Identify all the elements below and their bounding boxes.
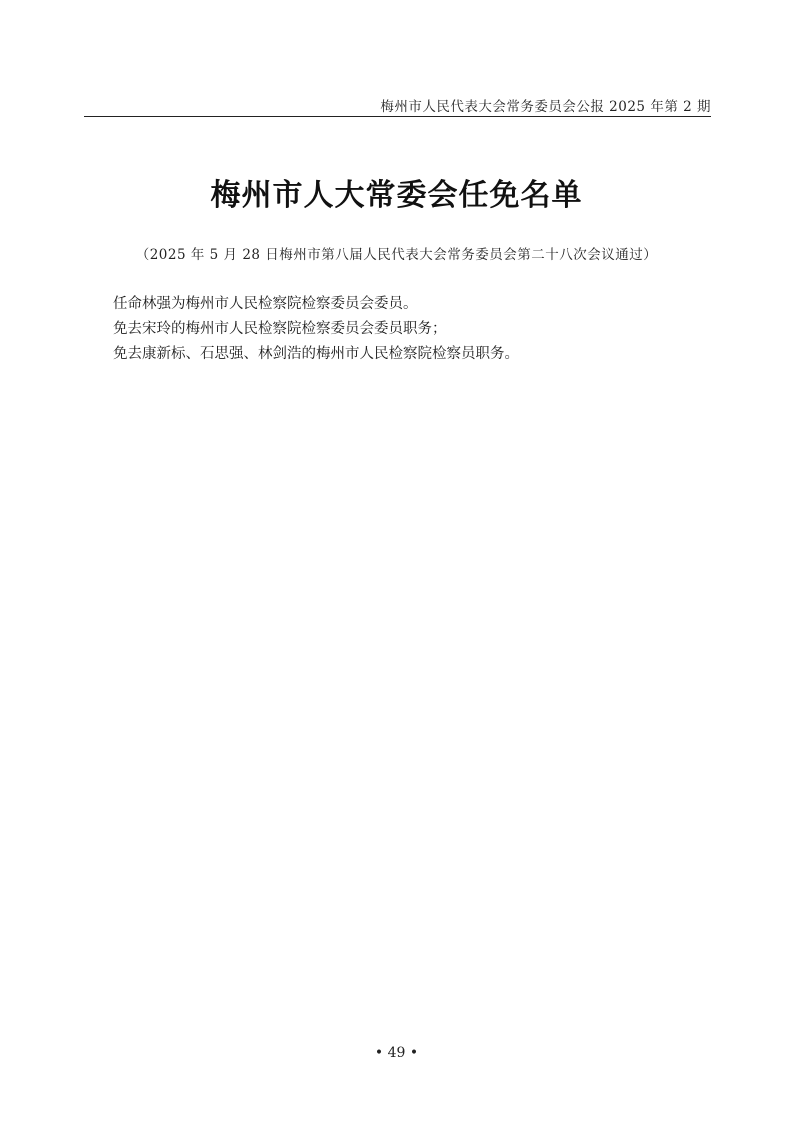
document-subtitle: （2025 年 5 月 28 日梅州市第八届人民代表大会常务委员会第二十八次会议…	[0, 243, 793, 263]
running-header: 梅州市人民代表大会常务委员会公报 2025 年第 2 期	[84, 95, 711, 115]
paragraph-appointment: 任命林强为梅州市人民检察院检察委员会委员。	[113, 292, 711, 317]
document-title: 梅州市人大常委会任免名单	[0, 170, 793, 214]
document-body: 任命林强为梅州市人民检察院检察委员会委员。 免去宋玲的梅州市人民检察院检察委员会…	[113, 292, 711, 367]
page-number: • 49 •	[0, 1045, 793, 1061]
paragraph-removal-1: 免去宋玲的梅州市人民检察院检察委员会委员职务；	[113, 317, 711, 342]
header-divider	[84, 116, 711, 117]
paragraph-removal-2: 免去康新标、石思强、林剑浩的梅州市人民检察院检察员职务。	[113, 342, 711, 367]
